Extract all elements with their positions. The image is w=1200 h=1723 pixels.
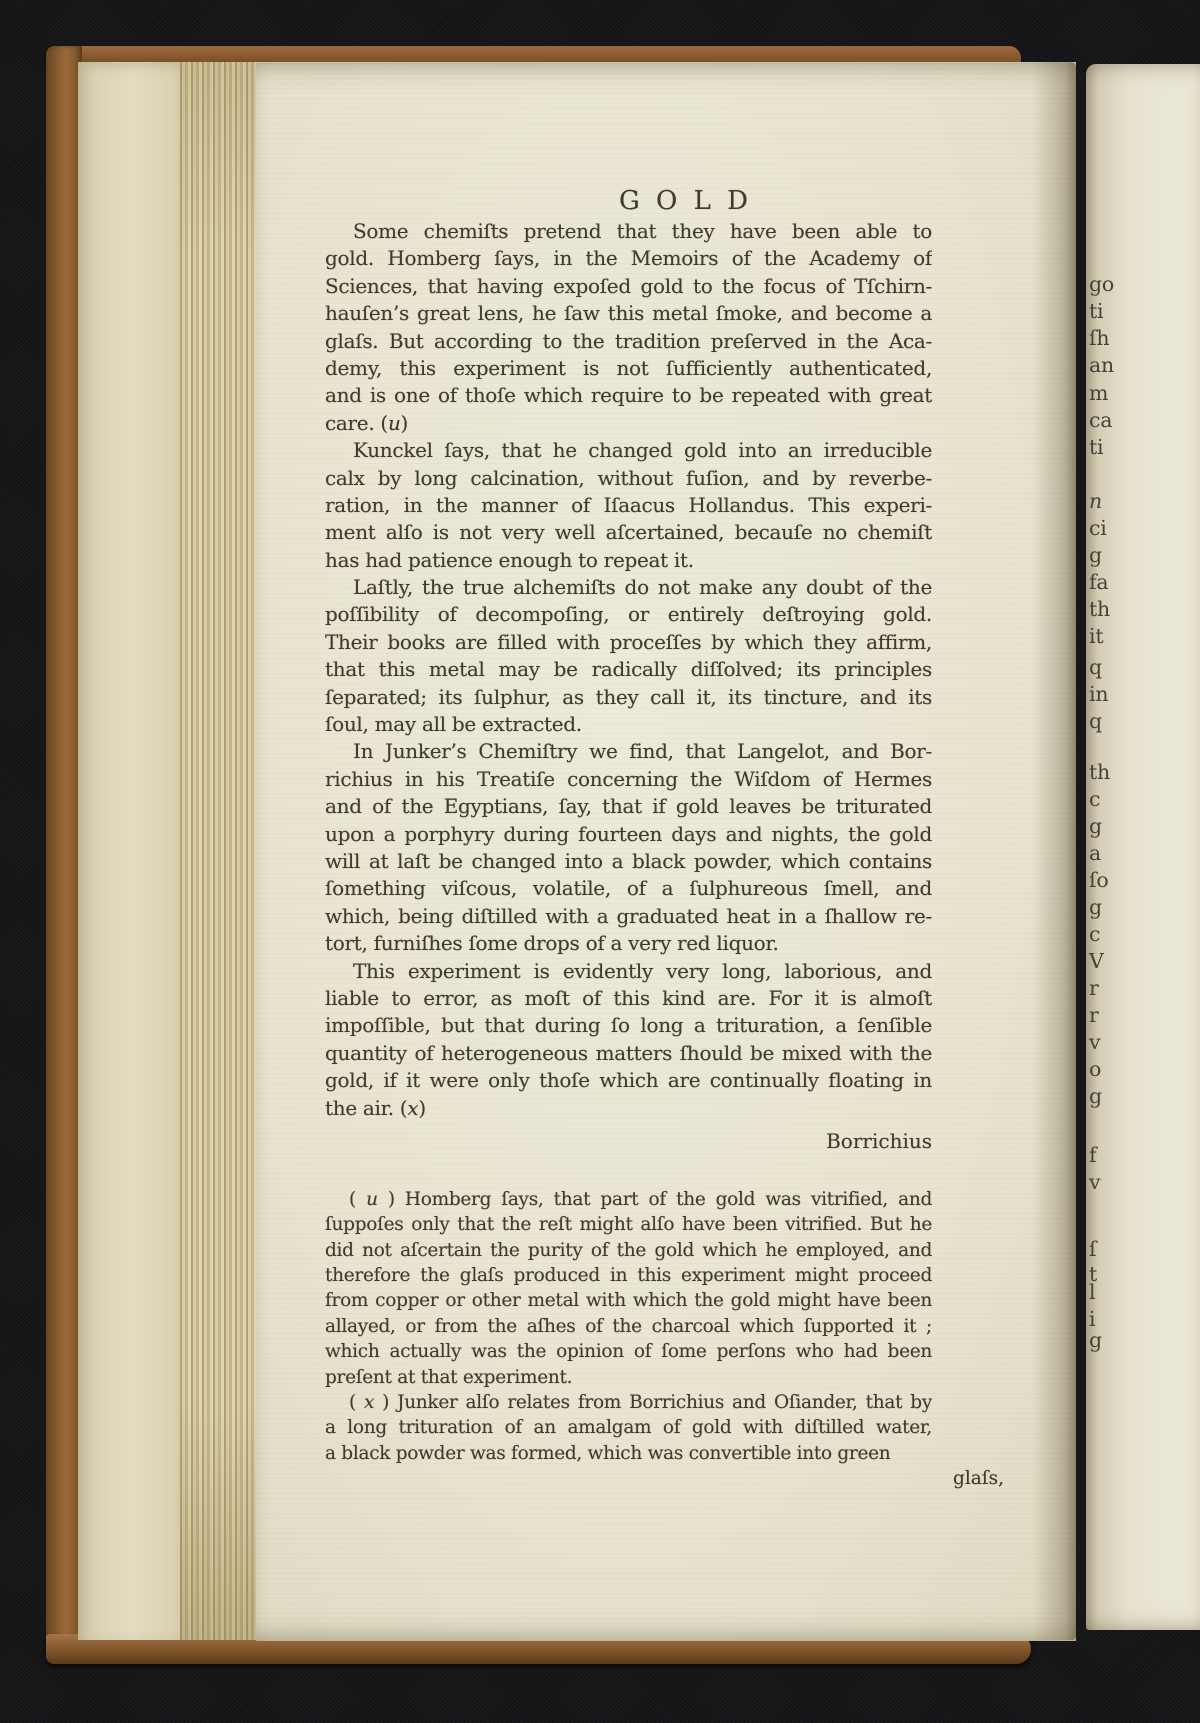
body-text: Some chemiſts pretend that they have bee… xyxy=(325,218,932,1122)
text-line: ( x ) Junker alſo relates from Borrichiu… xyxy=(325,1390,932,1415)
right-page-text-fragment: m xyxy=(1089,381,1108,405)
text-line: Sciences, that having expoſed gold to th… xyxy=(325,273,932,300)
right-page-text-fragment: r xyxy=(1089,976,1099,1000)
text-line: has had patience enough to repeat it. xyxy=(325,547,932,574)
text-line: calx by long calcination, without fuſion… xyxy=(325,465,932,492)
right-page-text-fragment: f xyxy=(1089,1143,1096,1167)
right-page-text-fragment: r xyxy=(1089,1003,1099,1027)
text-line: hauſen’s great lens, he ſaw this metal ſ… xyxy=(325,300,932,327)
text-line: In Junker’s Chemiſtry we find, that Lang… xyxy=(325,738,932,765)
left-page: G O L D Some chemiſts pretend that they … xyxy=(78,62,1076,1640)
page-fore-edge xyxy=(78,62,180,1640)
page-heading: G O L D xyxy=(382,186,989,216)
text-line: from copper or other metal with which th… xyxy=(325,1288,932,1313)
text-line: impoſſible, but that during ſo long a tr… xyxy=(325,1012,932,1039)
right-page-text-fragment: th xyxy=(1089,760,1110,784)
right-page-text-fragment: c xyxy=(1089,922,1100,946)
text-line: that this metal may be radically diſſolv… xyxy=(325,656,932,683)
right-page: gotiſhanmcatincigfathitqinqthcgaſogcVrrv… xyxy=(1086,64,1200,1630)
right-page-text-fragment: g xyxy=(1089,895,1102,919)
right-page-text-fragment: q xyxy=(1089,709,1102,733)
right-page-text-fragment: q xyxy=(1089,655,1102,679)
stacked-page-edges-band xyxy=(180,62,256,1640)
text-line: gold, if it were only thoſe which are co… xyxy=(325,1067,932,1094)
text-line: preſent at that experiment. xyxy=(325,1365,932,1390)
right-page-text-fragment: g xyxy=(1089,1328,1102,1352)
right-page-text-fragment: ſ xyxy=(1089,1237,1096,1261)
right-page-text-fragment: V xyxy=(1089,949,1104,973)
right-page-text-fragment: fa xyxy=(1089,570,1108,594)
text-line: which actually was the opinion of ſome p… xyxy=(325,1339,932,1364)
text-line: liable to error, as moſt of this kind ar… xyxy=(325,985,932,1012)
text-line: therefore the glaſs produced in this exp… xyxy=(325,1263,932,1288)
right-page-text-fragment: ti xyxy=(1089,435,1103,459)
right-page-text-fragment: a xyxy=(1089,841,1101,865)
text-line: ſeparated; its ſulphur, as they call it,… xyxy=(325,684,932,711)
text-line: ſuppoſes only that the reſt might alſo h… xyxy=(325,1212,932,1237)
text-line: upon a porphyry during fourteen days and… xyxy=(325,821,932,848)
catchword: glaſs, xyxy=(325,1466,1004,1491)
text-line: did not aſcertain the purity of the gold… xyxy=(325,1238,932,1263)
right-page-text-fragment: an xyxy=(1089,353,1114,377)
text-line: glaſs. But according to the tradition pr… xyxy=(325,328,932,355)
right-page-text-fragment: c xyxy=(1089,787,1100,811)
right-page-text-fragment: g xyxy=(1089,543,1102,567)
text-line: and is one of thoſe which require to be … xyxy=(325,382,932,409)
right-page-text-fragment: l xyxy=(1089,1280,1095,1304)
text-line: ſomething viſcous, volatile, of a ſulphu… xyxy=(325,875,932,902)
text-line: demy, this experiment is not ſufficientl… xyxy=(325,355,932,382)
text-line: quantity of heterogeneous matters ſhould… xyxy=(325,1040,932,1067)
right-page-text-fragment: o xyxy=(1089,1057,1101,1081)
text-line: ſoul, may all be extracted. xyxy=(325,711,932,738)
right-page-text-fragment: v xyxy=(1089,1030,1100,1054)
text-line: Some chemiſts pretend that they have bee… xyxy=(325,218,932,245)
right-page-text-fragment: go xyxy=(1089,272,1114,296)
footnotes: ( u ) Homberg ſays, that part of the gol… xyxy=(325,1187,932,1466)
text-block: G O L D Some chemiſts pretend that they … xyxy=(325,186,932,1491)
text-line: ( u ) Homberg ſays, that part of the gol… xyxy=(325,1187,932,1212)
right-page-text-fragment: th xyxy=(1089,597,1110,621)
right-page-text-fragment: ſo xyxy=(1089,868,1109,892)
text-line: This experiment is evidently very long, … xyxy=(325,958,932,985)
text-line: a black powder was formed, which was con… xyxy=(325,1441,932,1466)
text-line: will at laſt be changed into a black pow… xyxy=(325,848,932,875)
right-page-text-fragment: g xyxy=(1089,814,1102,838)
text-line: ration, in the manner of Iſaacus Holland… xyxy=(325,492,932,519)
book-cover-spine xyxy=(46,46,82,1664)
right-page-text-fragment: n xyxy=(1089,489,1102,513)
right-page-text-fragment: ti xyxy=(1089,299,1103,323)
right-page-text-fragment: it xyxy=(1089,624,1103,648)
right-page-text-fragment: ſh xyxy=(1089,326,1109,350)
text-line: gold. Homberg ſays, in the Memoirs of th… xyxy=(325,245,932,272)
signature: Borrichius xyxy=(325,1128,932,1154)
text-line: tort, furniſhes ſome drops of a very red… xyxy=(325,930,932,957)
text-line: the air. (x) xyxy=(325,1095,932,1122)
text-line: care. (u) xyxy=(325,410,932,437)
gutter-shadow xyxy=(1032,62,1076,1640)
text-line: and of the Egyptians, ſay, that if gold … xyxy=(325,793,932,820)
right-page-text-fragment: ci xyxy=(1089,516,1107,540)
text-line: Laſtly, the true alchemiſts do not make … xyxy=(325,574,932,601)
text-line: a long trituration of an amalgam of gold… xyxy=(325,1415,932,1440)
text-line: allayed, or from the aſhes of the charco… xyxy=(325,1314,932,1339)
right-page-text-fragment: ca xyxy=(1089,408,1112,432)
right-page-text-fragment: g xyxy=(1089,1084,1102,1108)
text-line: Kunckel ſays, that he changed gold into … xyxy=(325,437,932,464)
text-line: ment alſo is not very well aſcertained, … xyxy=(325,519,932,546)
scanned-book-photo: G O L D Some chemiſts pretend that they … xyxy=(0,0,1200,1723)
text-line: which, being diſtilled with a graduated … xyxy=(325,903,932,930)
right-page-text-fragment: in xyxy=(1089,682,1108,706)
text-line: richius in his Treatiſe concerning the W… xyxy=(325,766,932,793)
text-line: Their books are filled with proceſſes by… xyxy=(325,629,932,656)
right-page-text-fragment: v xyxy=(1089,1170,1100,1194)
text-line: poſſibility of decompoſing, or entirely … xyxy=(325,601,932,628)
